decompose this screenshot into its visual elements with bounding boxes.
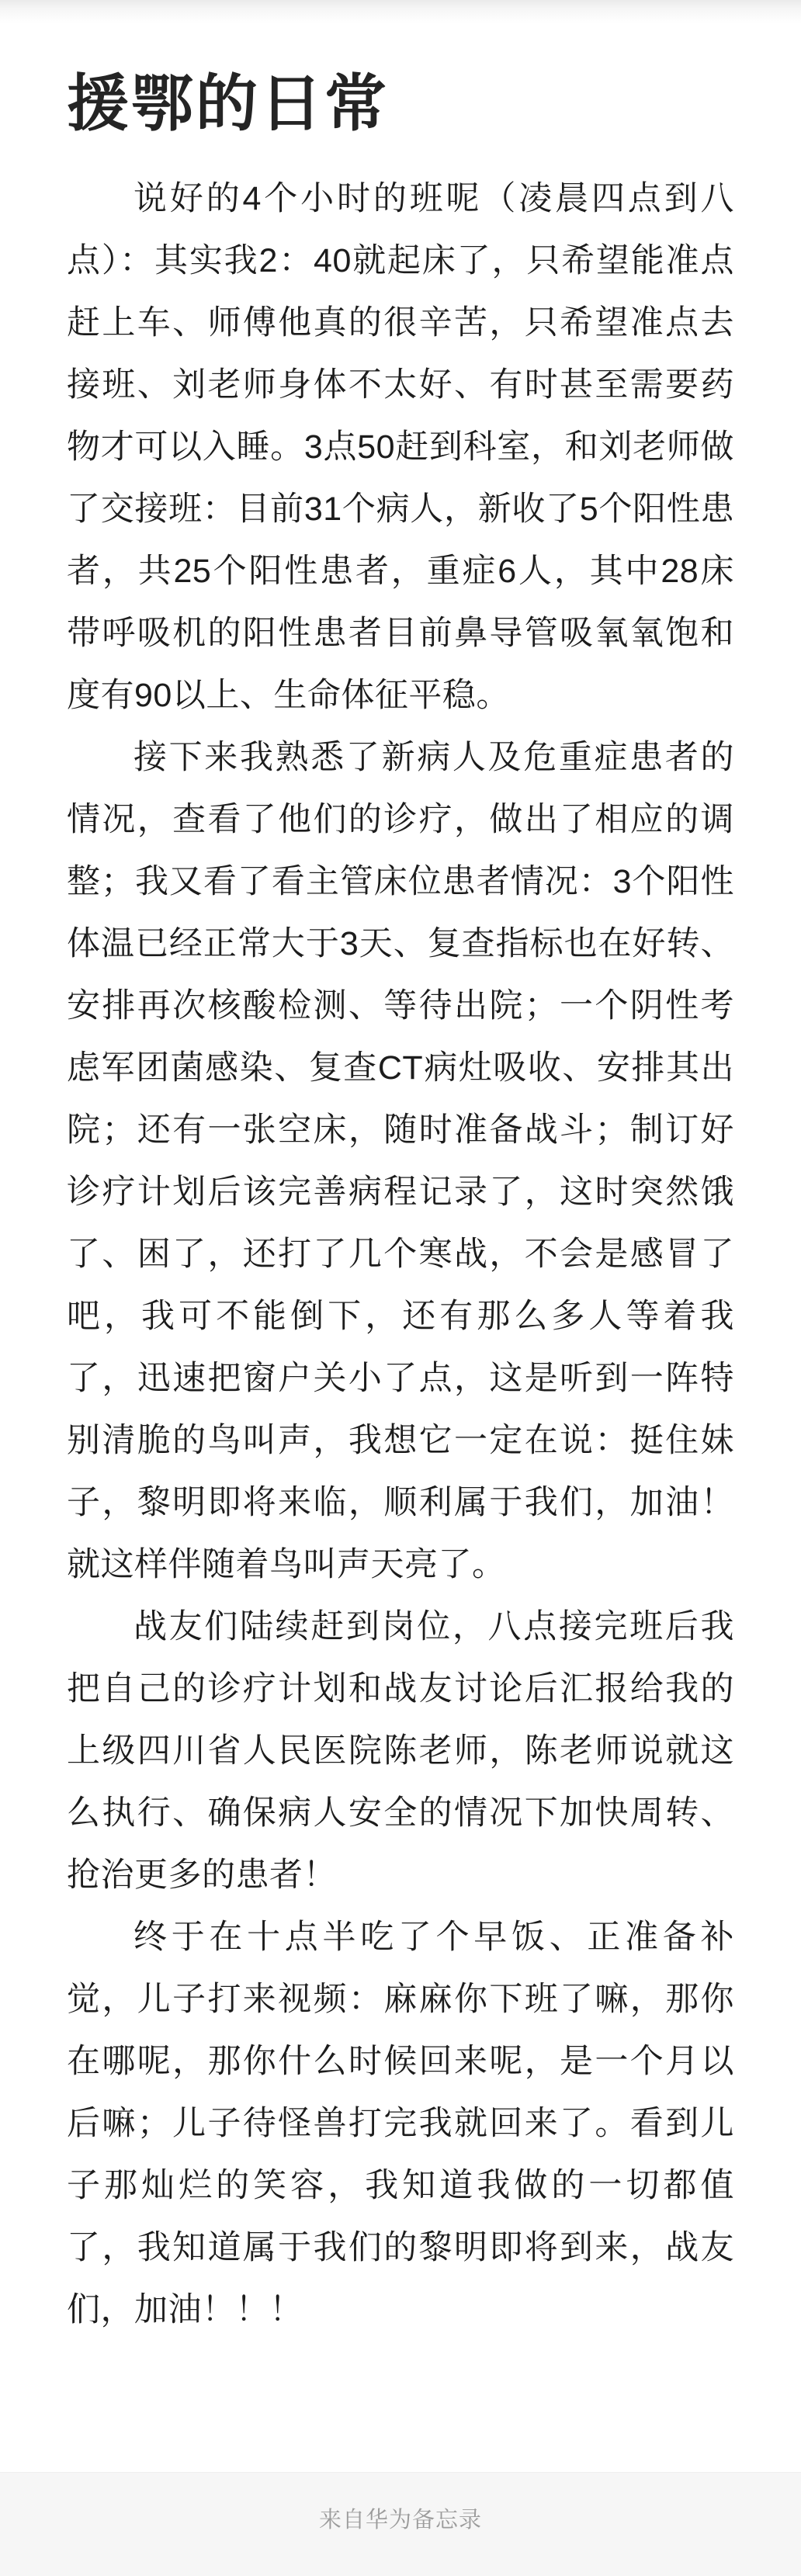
- note-paragraph: 说好的4个小时的班呢（凌晨四点到八点）：其实我2：40就起床了，只希望能准点赶上…: [67, 168, 734, 726]
- note-content: 援鄂的日常 说好的4个小时的班呢（凌晨四点到八点）：其实我2：40就起床了，只希…: [0, 0, 801, 2341]
- note-paragraph: 战友们陆续赶到岗位，八点接完班后我把自己的诊疗计划和战友讨论后汇报给我的上级四川…: [67, 1596, 734, 1906]
- footer-source-label: 来自华为备忘录: [319, 2507, 482, 2534]
- note-body: 说好的4个小时的班呢（凌晨四点到八点）：其实我2：40就起床了，只希望能准点赶上…: [67, 168, 734, 2341]
- note-paragraph: 终于在十点半吃了个早饭、正准备补觉，儿子打来视频：麻麻你下班了嘛，那你在哪呢，那…: [67, 1906, 734, 2341]
- note-paragraph: 接下来我熟悉了新病人及危重症患者的情况，查看了他们的诊疗，做出了相应的调整；我又…: [67, 726, 734, 1596]
- note-share-card: 援鄂的日常 说好的4个小时的班呢（凌晨四点到八点）：其实我2：40就起床了，只希…: [0, 0, 801, 2576]
- footer-band: 来自华为备忘录: [0, 2473, 801, 2576]
- note-title: 援鄂的日常: [67, 68, 734, 140]
